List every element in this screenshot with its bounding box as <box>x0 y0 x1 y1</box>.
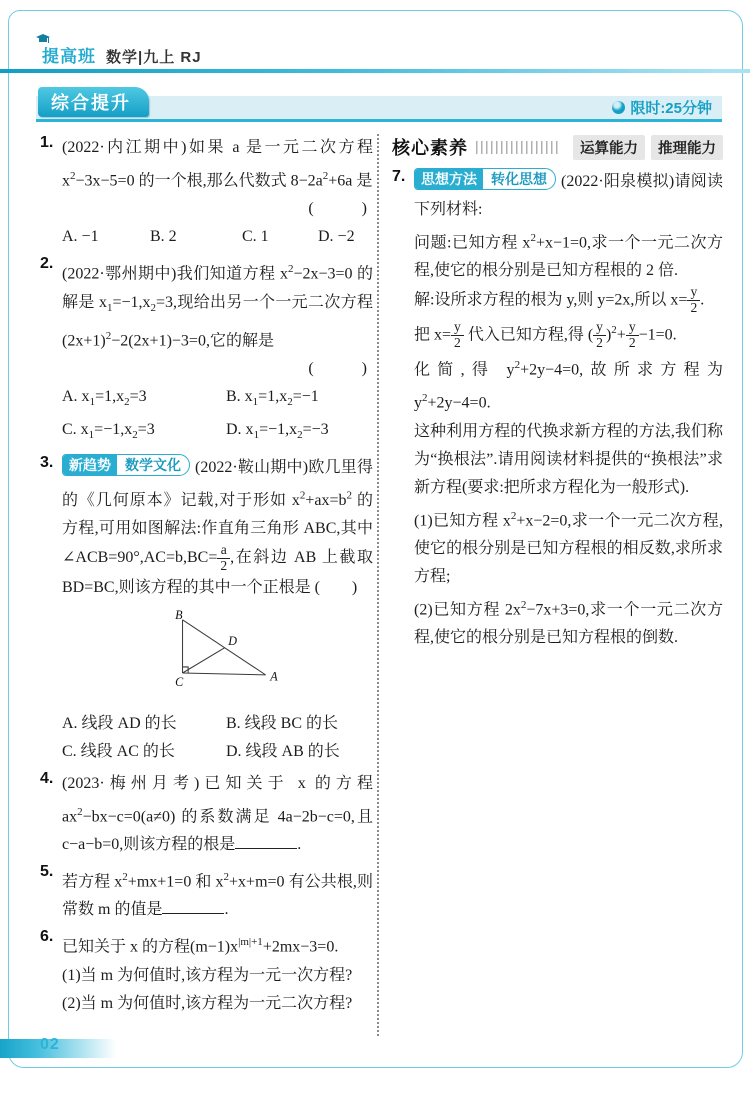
problem-7: 7. 思想方法转化思想(2022·阳泉模拟)请阅读下列材料: 问题:已知方程 x… <box>392 168 723 652</box>
problem-2-number: 2. <box>40 255 53 273</box>
problem-7-paragraph-question: 问题:已知方程 x2+x−1=0,求一个一元二次方程,使它的根分别是已知方程根的… <box>414 224 723 285</box>
problem-1-option-c: C. 1 <box>242 223 318 251</box>
problem-3-text-block: 新趋势数学文化(2022·鞍山期中)欧几里得的《几何原本》记载,对于形如 x2+… <box>62 454 373 602</box>
header-subject: 数学|九上 RJ <box>106 46 202 67</box>
problem-2-option-d: D. x1=−1,x2=−3 <box>226 416 373 449</box>
problem-2-option-b: B. x1=1,x2=−1 <box>226 383 373 416</box>
section-title: 综合提升 <box>51 89 131 115</box>
page-number: 02 <box>40 1036 60 1054</box>
transformation-tag: 转化思想 <box>483 169 555 189</box>
problem-4-text: (2023·梅州月考)已知关于 x 的方程 ax2−bx−c=0(a≠0) 的系… <box>62 770 373 859</box>
problem-6-item-2: (2)当 m 为何值时,该方程为一元二次方程? <box>62 990 373 1018</box>
column-divider <box>377 134 379 1036</box>
time-limit: 限时:25分钟 <box>612 97 712 118</box>
problem-2-options: A. x1=1,x2=3 B. x1=1,x2=−1 C. x1=−1,x2=3… <box>62 383 373 449</box>
problem-3-option-d: D. 线段 AB 的长 <box>226 738 373 766</box>
problem-7-number: 7. <box>392 168 405 186</box>
problem-1-option-a: A. −1 <box>62 223 150 251</box>
hatch-divider <box>476 141 559 154</box>
problem-3-text: (2022·鞍山期中)欧几里得的《几何原本》记载,对于形如 x2+ax=b2 的… <box>62 459 373 596</box>
problem-1-option-d: D. −2 <box>318 223 373 251</box>
problem-4: 4. (2023·梅州月考)已知关于 x 的方程 ax2−bx−c=0(a≠0)… <box>40 770 373 859</box>
problem-5: 5. 若方程 x2+mx+1=0 和 x2+x+m=0 有公共根,则常数 m 的… <box>40 863 373 924</box>
problem-7-paragraph-simplify: 化简,得 y2+2y−4=0,故所求方程为 y2+2y−4=0. <box>414 351 723 418</box>
problem-7-paragraph-solution: 解:设所求方程的根为 y,则 y=2x,所以 x=y2. <box>414 285 723 316</box>
problem-1: 1. (2022·内江期中)如果 a 是一元二次方程 x2−3x−5=0 的一个… <box>40 134 373 251</box>
problem-7-paragraph-substitute: 把 x=y2 代入已知方程,得 (y2)2+y2−1=0. <box>414 316 723 351</box>
page-header: 提高班 数学|九上 RJ <box>42 42 202 67</box>
trend-tag: 新趋势 <box>63 455 117 475</box>
problem-3: 3. 新趋势数学文化(2022·鞍山期中)欧几里得的《几何原本》记载,对于形如 … <box>40 454 373 766</box>
problem-3-figure: B C A D <box>134 606 373 708</box>
problem-2-option-a: A. x1=1,x2=3 <box>62 383 226 416</box>
section-banner: 综合提升 限时:25分钟 <box>36 96 722 122</box>
problem-1-options: A. −1 B. 2 C. 1 D. −2 <box>62 223 373 251</box>
graduation-cap-icon <box>36 34 50 46</box>
brand-logo: 提高班 <box>42 42 96 67</box>
competency-badge-reasoning: 推理能力 <box>651 135 723 160</box>
problem-6-item-1: (1)当 m 为何值时,该方程为一元一次方程? <box>62 962 373 990</box>
problem-6-text: 已知关于 x 的方程(m−1)x|m|+1+2mx−3=0. <box>62 928 373 961</box>
problem-6-number: 6. <box>40 928 53 946</box>
problem-2-text: (2022·鄂州期中)我们知道方程 x2−2x−3=0 的解是 x1=−1,x2… <box>62 255 373 355</box>
brand-name: 提高班 <box>42 47 96 66</box>
problem-3-option-b: B. 线段 BC 的长 <box>226 710 373 738</box>
vertex-label-a: A <box>269 669 278 683</box>
problem-7-tag: 思想方法转化思想 <box>414 168 556 190</box>
problem-5-number: 5. <box>40 863 53 881</box>
problem-7-subitem-2: (2)已知方程 2x2−7x+3=0,求一个一元二次方程,使它的根分别是已知方程… <box>414 591 723 652</box>
problem-2: 2. (2022·鄂州期中)我们知道方程 x2−2x−3=0 的解是 x1=−1… <box>40 255 373 449</box>
core-competency-header: 核心素养 运算能力 推理能力 <box>392 134 723 160</box>
problem-3-option-c: C. 线段 AC 的长 <box>62 738 226 766</box>
problem-7-paragraph-method: 这种利用方程的代换求新方程的方法,我们称为“换根法”.请用阅读材料提供的“换根法… <box>414 418 723 502</box>
problem-4-number: 4. <box>40 770 53 788</box>
problem-7-intro-block: 思想方法转化思想(2022·阳泉模拟)请阅读下列材料: <box>414 168 723 224</box>
triangle-diagram: B C A D <box>134 606 302 698</box>
right-column: 核心素养 运算能力 推理能力 7. 思想方法转化思想(2022·阳泉模拟)请阅读… <box>392 134 723 656</box>
header-divider-line <box>0 69 750 73</box>
competency-badge-computation: 运算能力 <box>573 135 645 160</box>
problem-3-number: 3. <box>40 454 53 472</box>
problem-3-option-a: A. 线段 AD 的长 <box>62 710 226 738</box>
left-column: 1. (2022·内江期中)如果 a 是一元二次方程 x2−3x−5=0 的一个… <box>40 134 373 1022</box>
problem-2-option-c: C. x1=−1,x2=3 <box>62 416 226 449</box>
thinking-method-tag: 思想方法 <box>415 169 483 189</box>
clock-icon <box>612 101 625 114</box>
vertex-label-c: C <box>175 675 184 689</box>
problem-1-text: (2022·内江期中)如果 a 是一元二次方程 x2−3x−5=0 的一个根,那… <box>62 134 373 195</box>
problem-5-text: 若方程 x2+mx+1=0 和 x2+x+m=0 有公共根,则常数 m 的值是. <box>62 863 373 924</box>
math-culture-tag: 数学文化 <box>117 455 189 475</box>
core-competency-title: 核心素养 <box>392 134 468 160</box>
problem-7-subitem-1: (1)已知方程 x2+x−2=0,求一个一元二次方程,使它的根分别是已知方程根的… <box>414 502 723 591</box>
time-limit-label: 限时:25分钟 <box>630 97 712 118</box>
vertex-label-d: D <box>227 634 237 648</box>
problem-3-tag: 新趋势数学文化 <box>62 454 190 476</box>
problem-1-number: 1. <box>40 134 53 152</box>
vertex-label-b: B <box>175 608 183 622</box>
problem-6: 6. 已知关于 x 的方程(m−1)x|m|+1+2mx−3=0. (1)当 m… <box>40 928 373 1017</box>
problem-2-answer-bracket: ( ) <box>62 355 373 383</box>
section-title-tab: 综合提升 <box>38 87 149 117</box>
problem-3-options: A. 线段 AD 的长 B. 线段 BC 的长 C. 线段 AC 的长 D. 线… <box>62 710 373 766</box>
problem-1-option-b: B. 2 <box>150 223 242 251</box>
problem-1-answer-bracket: ( ) <box>62 195 373 223</box>
